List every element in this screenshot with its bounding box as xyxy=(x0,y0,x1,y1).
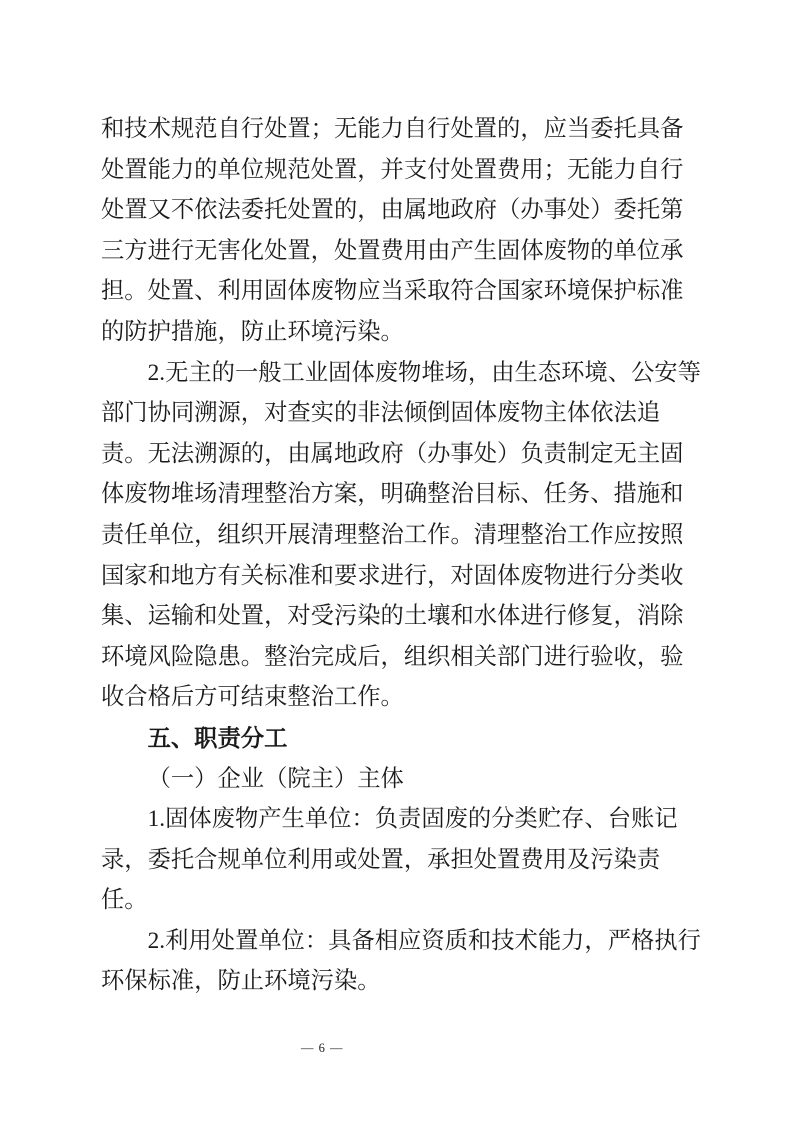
text-line: 2.利用处置单位：具备相应资质和技术能力，严格执行 xyxy=(101,921,693,962)
text-line: 责任单位，组织开展清理整治工作。清理整治工作应按照 xyxy=(101,515,693,556)
text-line: 担。处置、利用固体废物应当采取符合国家环境保护标准 xyxy=(101,271,693,312)
text-line: 任。 xyxy=(101,880,693,921)
text-line: 环保标准，防止环境污染。 xyxy=(101,961,693,1002)
page-number: — 6 — xyxy=(301,1041,344,1055)
subsection-heading: （一）企业（院主）主体 xyxy=(101,759,693,800)
text-line: 和技术规范自行处置；无能力自行处置的，应当委托具备 xyxy=(101,109,693,150)
section-heading: 五、职责分工 xyxy=(101,718,693,759)
text-line: 责。无法溯源的，由属地政府（办事处）负责制定无主固 xyxy=(101,434,693,475)
text-line: 部门协同溯源，对查实的非法倾倒固体废物主体依法追 xyxy=(101,393,693,434)
text-line: 2.无主的一般工业固体废物堆场，由生态环境、公安等 xyxy=(101,353,693,394)
text-line: 处置能力的单位规范处置，并支付处置费用；无能力自行 xyxy=(101,150,693,191)
text-line: 体废物堆场清理整治方案，明确整治目标、任务、措施和 xyxy=(101,474,693,515)
text-line: 录，委托合规单位利用或处置，承担处置费用及污染责 xyxy=(101,840,693,881)
text-line: 1.固体废物产生单位：负责固废的分类贮存、台账记 xyxy=(101,799,693,840)
document-page: 和技术规范自行处置；无能力自行处置的，应当委托具备 处置能力的单位规范处置，并支… xyxy=(0,0,793,1122)
document-body: 和技术规范自行处置；无能力自行处置的，应当委托具备 处置能力的单位规范处置，并支… xyxy=(101,109,693,1002)
text-line: 环境风险隐患。整治完成后，组织相关部门进行验收，验 xyxy=(101,637,693,678)
text-line: 集、运输和处置，对受污染的土壤和水体进行修复，消除 xyxy=(101,596,693,637)
text-line: 收合格后方可结束整治工作。 xyxy=(101,677,693,718)
text-line: 处置又不依法委托处置的，由属地政府（办事处）委托第 xyxy=(101,190,693,231)
text-line: 的防护措施，防止环境污染。 xyxy=(101,312,693,353)
text-line: 国家和地方有关标准和要求进行，对固体废物进行分类收 xyxy=(101,556,693,597)
text-line: 三方进行无害化处置，处置费用由产生固体废物的单位承 xyxy=(101,231,693,272)
